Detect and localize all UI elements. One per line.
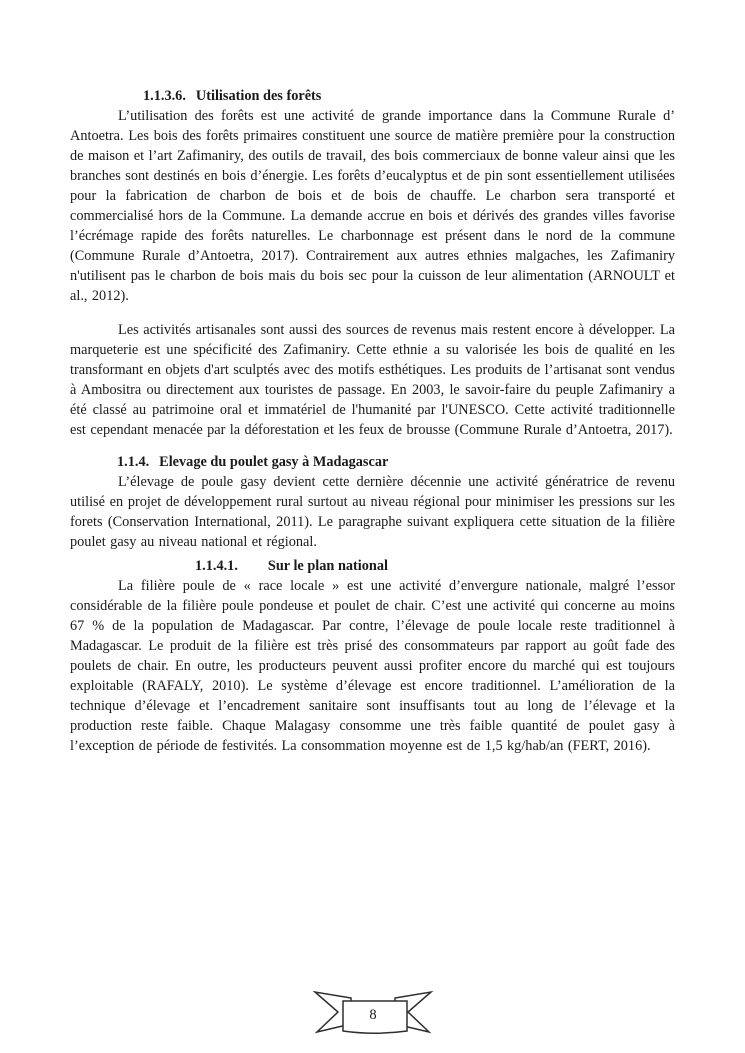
section-heading-sur-le-plan-national: 1.1.4.1.Sur le plan national (195, 556, 675, 576)
paragraph-utilisation-forets-1: L’utilisation des forêts est une activit… (70, 106, 675, 306)
paragraph-activites-artisanales: Les activités artisanales sont aussi des… (70, 320, 675, 440)
page-number: 8 (369, 1007, 376, 1024)
heading-title: Sur le plan national (268, 558, 388, 574)
paragraph-elevage-poule-gasy: L’élevage de poule gasy devient cette de… (70, 472, 675, 552)
section-heading-utilisation-des-forets: 1.1.3.6.Utilisation des forêts (143, 86, 675, 106)
page-number-banner: 8 (307, 986, 439, 1036)
document-page: 1.1.3.6.Utilisation des forêts L’utilisa… (0, 0, 745, 1053)
heading-number: 1.1.4. (117, 454, 149, 470)
heading-number: 1.1.3.6. (143, 88, 186, 104)
heading-title: Utilisation des forêts (196, 88, 321, 104)
section-heading-elevage-poulet-gasy: 1.1.4.Elevage du poulet gasy à Madagasca… (117, 452, 675, 472)
heading-number: 1.1.4.1. (195, 558, 238, 574)
page-content: 1.1.3.6.Utilisation des forêts L’utilisa… (70, 86, 675, 756)
paragraph-filiere-poule-race-locale: La filière poule de « race locale » est … (70, 576, 675, 756)
heading-title: Elevage du poulet gasy à Madagascar (159, 454, 388, 470)
